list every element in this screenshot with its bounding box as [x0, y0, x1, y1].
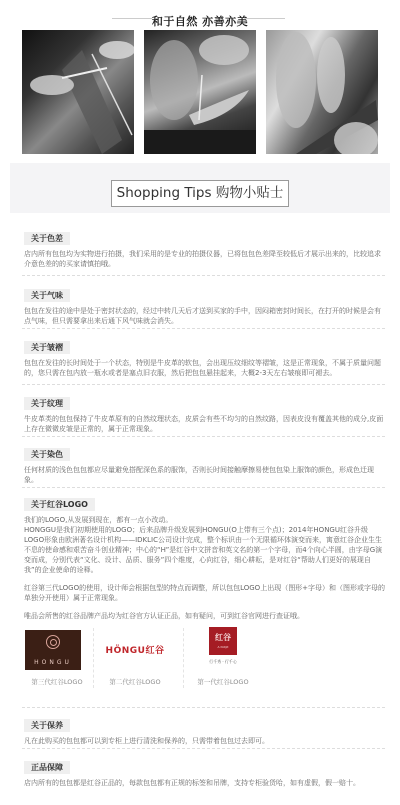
section-body: 牛皮革类的包包保持了牛皮革原有的自然纹理状态，皮质会有些不均匀的自然纹路，因表皮…	[24, 414, 386, 434]
section-body: 包包在发往的长时间处于一个状态，特别是牛皮革的软包，会出现压纹细纹等褶皱，这是正…	[24, 358, 386, 378]
tagline-heading: 和于自然 亦善亦美	[0, 10, 400, 26]
section-title: 关于皱褶	[24, 341, 70, 354]
logo-third-gen: HONGU 第三代红谷LOGO	[22, 626, 92, 690]
first-gen-logo-subtext: A NiXjit	[209, 645, 237, 649]
logo-first-gen: 红谷 A NiXjit 行千秀 · 行千心 第一代红谷LOGO	[188, 626, 258, 690]
third-gen-logo-text: HONGU	[25, 659, 81, 666]
craft-photo-row	[22, 30, 378, 154]
craft-photo-1	[22, 30, 134, 154]
heading-left-rule	[112, 18, 152, 19]
section-body: 包包在发往的途中是处于密封状态的，经过中转几天后才送到买家的手中，因闷箱密封时间…	[24, 306, 386, 326]
first-gen-logo-image: 红谷 A NiXjit	[209, 627, 237, 655]
logo-separator	[93, 628, 94, 688]
section-body: 凡在此购买的包包都可以到专柜上进行清洗和保养的，只需带着包包过去即可。	[24, 736, 386, 746]
shopping-tips-banner: Shopping Tips 购物小贴士	[10, 163, 390, 213]
authenticity-note-paragraph: 唯品会所售的红谷品牌产品均为红谷官方认证正品，如有疑问，可到红谷官网进行查证哦。	[24, 611, 386, 621]
divider	[22, 487, 385, 488]
section-hongu-logo: 关于红谷LOGO 我们的LOGO,从发展到现在，都有一点小改动。 HONGGU是…	[24, 492, 386, 621]
divider	[22, 384, 385, 385]
logo-separator	[183, 628, 184, 688]
second-gen-logo-text: HÖNGU红谷	[100, 643, 170, 656]
logo-history-paragraph: 我们的LOGO,从发展到现在，都有一点小改动。 HONGGU是我们初期使用的LO…	[24, 515, 386, 575]
divider	[22, 748, 385, 749]
divider	[22, 275, 385, 276]
craft-photo-3	[266, 30, 378, 154]
logo-caption: 第三代红谷LOGO	[22, 677, 92, 686]
divider	[22, 328, 385, 329]
section-texture: 关于纹理 牛皮革类的包包保持了牛皮革原有的自然纹理状态，皮质会有些不均匀的自然纹…	[24, 391, 386, 434]
logo-caption: 第二代红谷LOGO	[100, 677, 170, 686]
section-title: 关于色差	[24, 232, 70, 245]
logo-caption: 第一代红谷LOGO	[188, 677, 258, 686]
section-color-difference: 关于色差 店内所有包包均为实物进行拍摄，我们采用的是专业的拍摄仪器，已将包包色差…	[24, 226, 386, 269]
divider	[22, 707, 385, 708]
tagline-text: 和于自然 亦善亦美	[152, 15, 248, 28]
heading-right-rule	[245, 18, 285, 19]
section-body: 店内所有的包包都是红谷正品的，每款包包都有正规的标签和吊牌，支持专柜验货哈，如有…	[24, 778, 386, 788]
section-title: 关于保养	[24, 719, 70, 732]
section-dye-transfer: 关于染色 任何材质的浅色包包都应尽量避免搭配深色系的服饰，否则长时间接触摩擦易使…	[24, 442, 386, 485]
first-gen-logo-slogan: 行千秀 · 行千心	[200, 659, 246, 665]
section-wrinkles: 关于皱褶 包包在发往的长时间处于一个状态，特别是牛皮革的软包，会出现压纹细纹等褶…	[24, 335, 386, 378]
logo-generations: HONGU 第三代红谷LOGO HÖNGU红谷 第二代红谷LOGO 红谷 A N…	[22, 626, 282, 690]
section-title: 关于纹理	[24, 397, 70, 410]
section-title: 关于染色	[24, 448, 70, 461]
section-odor: 关于气味 包包在发往的途中是处于密封状态的，经过中转几天后才送到买家的手中，因闷…	[24, 283, 386, 326]
section-authenticity-guarantee: 正品保障 店内所有的包包都是红谷正品的，每款包包都有正规的标签和吊牌，支持专柜验…	[24, 755, 386, 788]
section-body: 店内所有包包均为实物进行拍摄，我们采用的是专业的拍摄仪器，已将包包色差降至较低后…	[24, 249, 386, 269]
divider	[22, 436, 385, 437]
section-maintenance: 关于保养 凡在此购买的包包都可以到专柜上进行清洗和保养的，只需带着包包过去即可。	[24, 713, 386, 746]
section-title: 关于红谷LOGO	[24, 498, 95, 511]
first-gen-logo-text: 红谷	[215, 633, 231, 642]
logo-usage-paragraph: 红谷第三代LOGO的使用，设计师会根据包型的特点而调整，所以包包LOGO上出现（…	[24, 583, 386, 603]
section-body: 任何材质的浅色包包都应尽量避免搭配深色系的服饰，否则长时间接触摩擦易使包包染上服…	[24, 465, 386, 485]
third-gen-logo-image: HONGU	[25, 630, 81, 670]
section-title: 正品保障	[24, 761, 70, 774]
logo-second-gen: HÖNGU红谷 第二代红谷LOGO	[100, 626, 170, 690]
section-title: 关于气味	[24, 289, 70, 302]
hongu-emblem-icon	[46, 635, 60, 649]
craft-photo-2	[144, 30, 256, 154]
shopping-tips-title: Shopping Tips 购物小贴士	[111, 180, 289, 207]
